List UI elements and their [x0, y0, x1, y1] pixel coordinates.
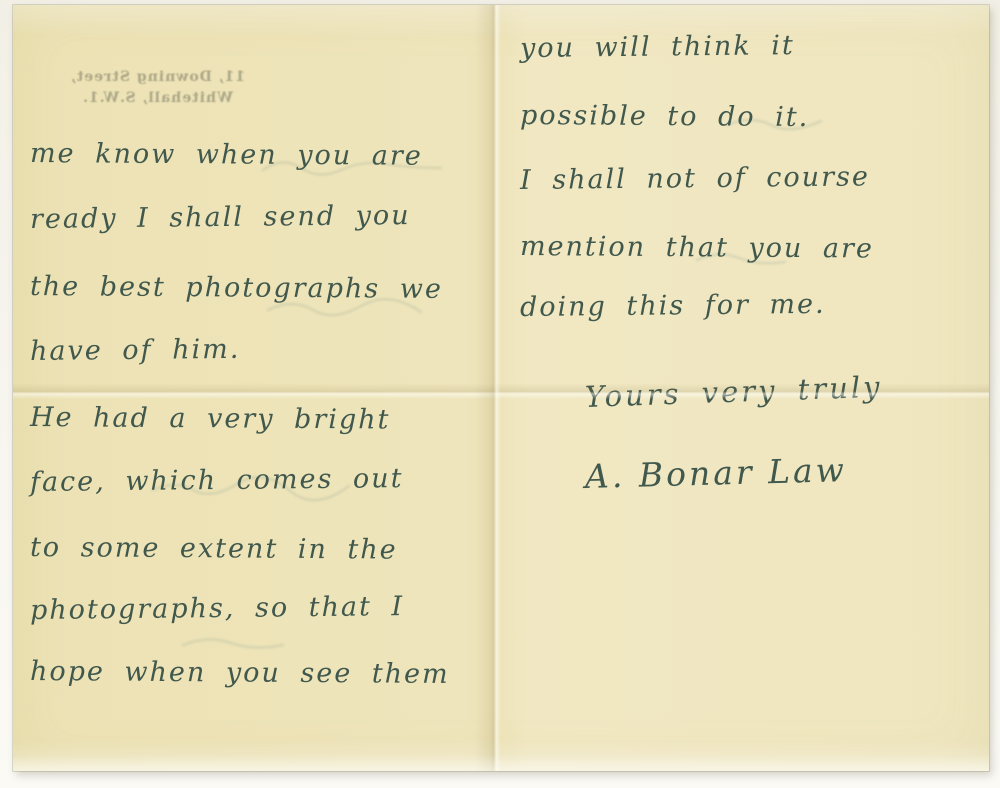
letterhead-line: 11, Downing Street,: [55, 67, 260, 88]
handwritten-line: me know when you are: [30, 138, 423, 172]
handwritten-line: mention that you are: [520, 231, 874, 264]
handwritten-line: He had a very bright: [30, 402, 391, 436]
fold-horizontal-crease: [13, 383, 989, 399]
handwritten-line: photographs, so that I: [30, 591, 404, 626]
handwritten-line: ready I shall send you: [30, 200, 411, 235]
fold-vertical-crease: [475, 5, 501, 771]
letterhead-line: Whitehall, S.W.1.: [55, 88, 260, 109]
scan-background: 11, Downing Street, Whitehall, S.W.1. me…: [0, 0, 1000, 788]
handwritten-line: hope when you see them: [30, 656, 450, 690]
handwritten-line: doing this for me.: [520, 289, 826, 323]
handwritten-line: have of him.: [30, 334, 241, 367]
handwritten-line: to some extent in the: [30, 532, 398, 566]
letterhead-showthrough: 11, Downing Street, Whitehall, S.W.1.: [55, 67, 260, 109]
letter-paper: 11, Downing Street, Whitehall, S.W.1. me…: [13, 5, 989, 771]
signature: A. Bonar Law: [584, 450, 847, 496]
handwritten-line: possible to do it.: [520, 100, 809, 133]
handwritten-line: the best photographs we: [30, 271, 443, 305]
handwritten-line: face, which comes out: [30, 463, 404, 498]
handwritten-line: you will think it: [520, 30, 795, 64]
handwritten-line: I shall not of course: [520, 161, 870, 196]
